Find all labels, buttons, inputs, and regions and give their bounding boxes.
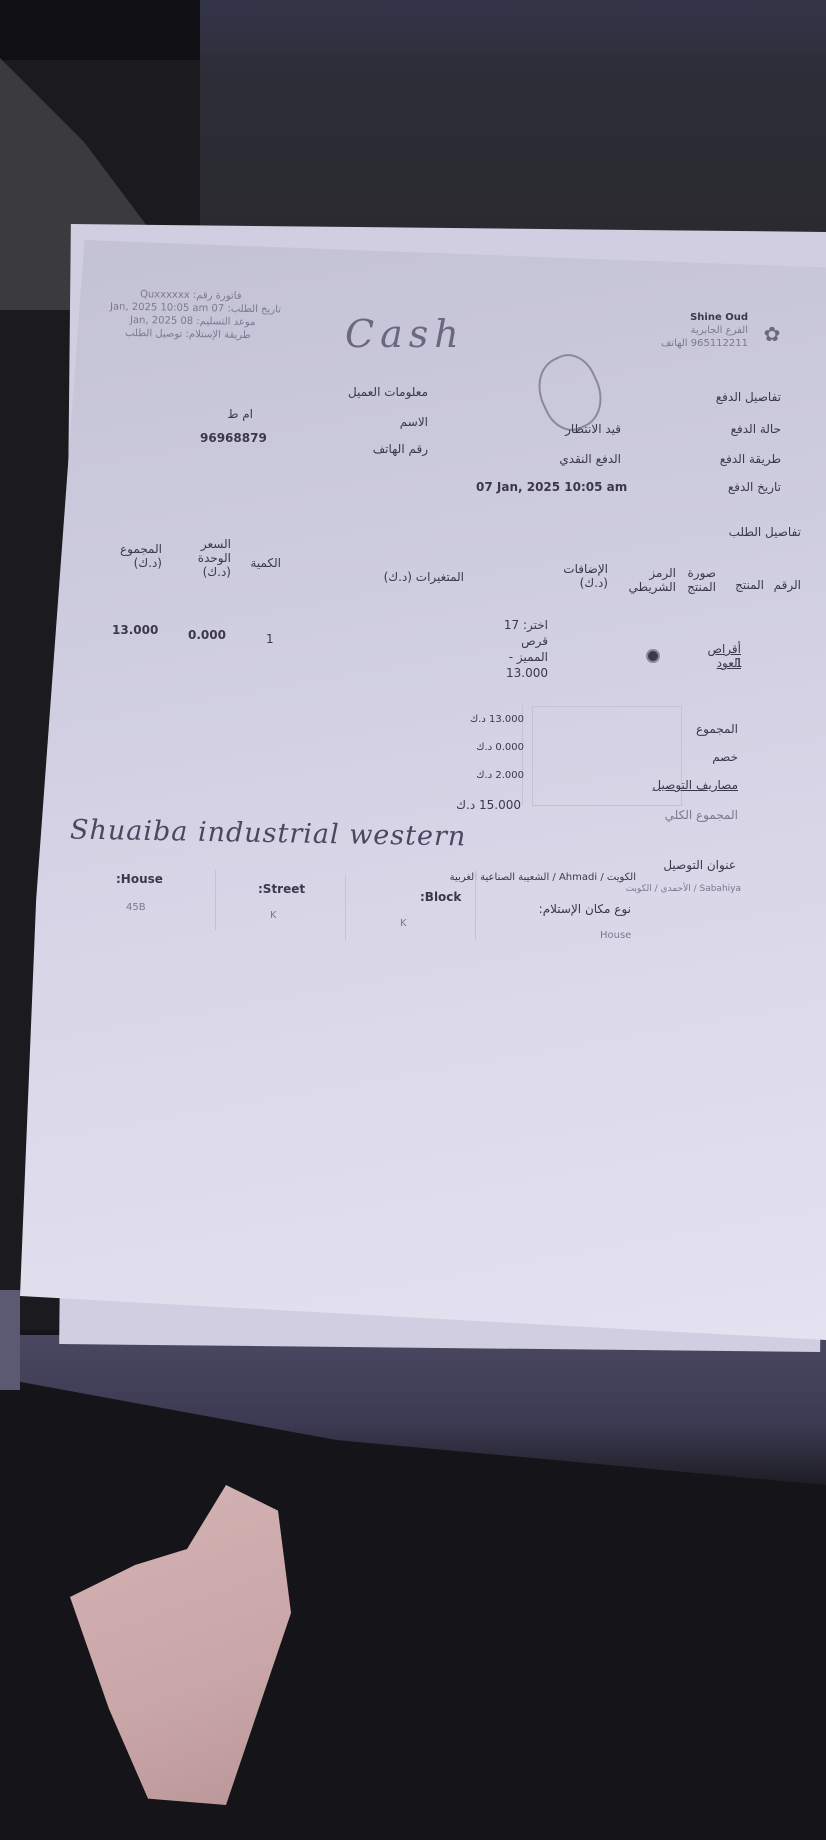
handwritten-cash-note: Cash bbox=[345, 312, 465, 356]
col-addons: الإضافات (د.ك) bbox=[553, 562, 608, 590]
street-value: K bbox=[270, 910, 277, 921]
address-divider bbox=[475, 870, 476, 940]
payment-method-label: طريقة الدفع bbox=[720, 452, 781, 466]
customer-phone-label: رقم الهاتف bbox=[373, 442, 428, 456]
block-value: K bbox=[400, 918, 407, 929]
delivery-fee-label: مصاريف التوصيل bbox=[652, 778, 738, 792]
subtotal-value: 13.000 د.ك bbox=[470, 714, 524, 725]
customer-section-title: معلومات العميل bbox=[348, 385, 428, 399]
place-type-value: House bbox=[600, 930, 631, 941]
address-divider bbox=[215, 870, 216, 930]
grand-total-label: المجموع الكلي bbox=[665, 808, 738, 822]
delivery-area-text: الكويت / Ahmadi / الشعيبة الصناعية الغرب… bbox=[450, 872, 636, 883]
delivery-area-faint: Sabahiya / الأحمدي / الكويت bbox=[626, 884, 741, 894]
row-product[interactable]: أقراص العود bbox=[696, 642, 741, 670]
payment-status-label: حالة الدفع bbox=[731, 422, 781, 436]
customer-name-value: ام ط bbox=[227, 407, 253, 421]
house-label: :House bbox=[116, 872, 163, 886]
col-product: المنتج bbox=[735, 578, 764, 592]
payment-method-value: الدفع النقدي bbox=[559, 452, 621, 466]
payment-date-value: 07 Jan, 2025 10:05 am bbox=[476, 480, 627, 494]
discount-value: 0.000 د.ك bbox=[476, 742, 524, 753]
block-label: :Block bbox=[420, 890, 461, 904]
col-barcode: الرمز الشريطي bbox=[616, 566, 676, 594]
delivery-fee-value: 2.000 د.ك bbox=[476, 770, 524, 781]
order-section-title: تفاصيل الطلب bbox=[729, 525, 801, 539]
row-addons: اختر: 17 قرص المميز - 13.000 bbox=[493, 617, 548, 681]
delivery-area-line: الكويت / Ahmadi / الشعيبة الصناعية الغرب… bbox=[450, 872, 636, 883]
invoice-number: فاتورة رقم: Quxxxxxx bbox=[140, 289, 242, 302]
row-qty: 1 bbox=[266, 632, 274, 646]
handwritten-address-note: Shuaiba industrial western bbox=[70, 815, 467, 853]
customer-phone-value: 96968879 bbox=[200, 431, 267, 445]
col-number: الرقم bbox=[774, 578, 801, 592]
delivery-method: طريقة الإستلام: توصيل الطلب bbox=[125, 328, 251, 341]
col-variants: المتغيرات (د.ك) bbox=[384, 570, 464, 584]
store-logo-icon: ✿ bbox=[760, 322, 784, 362]
street-label: :Street bbox=[258, 882, 305, 896]
store-name: Shine Oud bbox=[690, 312, 748, 323]
row-unit-price: 0.000 bbox=[188, 628, 226, 642]
delivery-date: موعد التسليم: 08 Jan, 2025 bbox=[130, 315, 256, 328]
col-qty: الكمية bbox=[250, 556, 281, 570]
store-phone: 965112211 الهاتف bbox=[661, 338, 748, 349]
house-value: 45B bbox=[126, 902, 146, 913]
delivery-address-title: عنوان التوصيل bbox=[663, 858, 736, 872]
place-type-label: نوع مكان الإستلام: bbox=[539, 902, 631, 916]
col-product-image: صورة المنتج bbox=[676, 566, 716, 594]
grand-total-value: 15.000 د.ك bbox=[456, 798, 521, 812]
customer-name-label: الاسم bbox=[400, 415, 428, 429]
discount-label: خصم bbox=[712, 750, 738, 764]
address-divider bbox=[345, 875, 346, 940]
col-total: المجموع (د.ك) bbox=[107, 542, 162, 570]
order-date: تاريخ الطلب: 07 Jan, 2025 10:05 am bbox=[110, 302, 281, 316]
payment-date-label: تاريخ الدفع bbox=[728, 480, 781, 494]
col-unit-price: السعر الوحدة (د.ك) bbox=[186, 537, 231, 579]
payment-status-value: قيد الانتظار bbox=[565, 422, 621, 436]
invoice-document: ✿ Shine Oud الفرع الجابرية 965112211 اله… bbox=[0, 0, 826, 1840]
row-total: 13.000 bbox=[112, 623, 158, 637]
product-thumbnail-icon bbox=[646, 649, 660, 663]
subtotal-label: المجموع bbox=[696, 722, 738, 736]
payment-section-title: تفاصيل الدفع bbox=[716, 390, 781, 404]
store-branch: الفرع الجابرية bbox=[691, 325, 748, 336]
